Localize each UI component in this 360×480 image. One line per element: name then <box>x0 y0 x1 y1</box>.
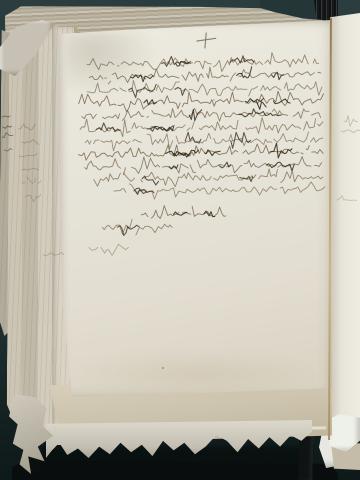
facing-page <box>330 13 360 433</box>
page-stain <box>80 352 320 396</box>
manuscript-photo-scene <box>0 0 360 480</box>
page-stain <box>66 32 156 96</box>
